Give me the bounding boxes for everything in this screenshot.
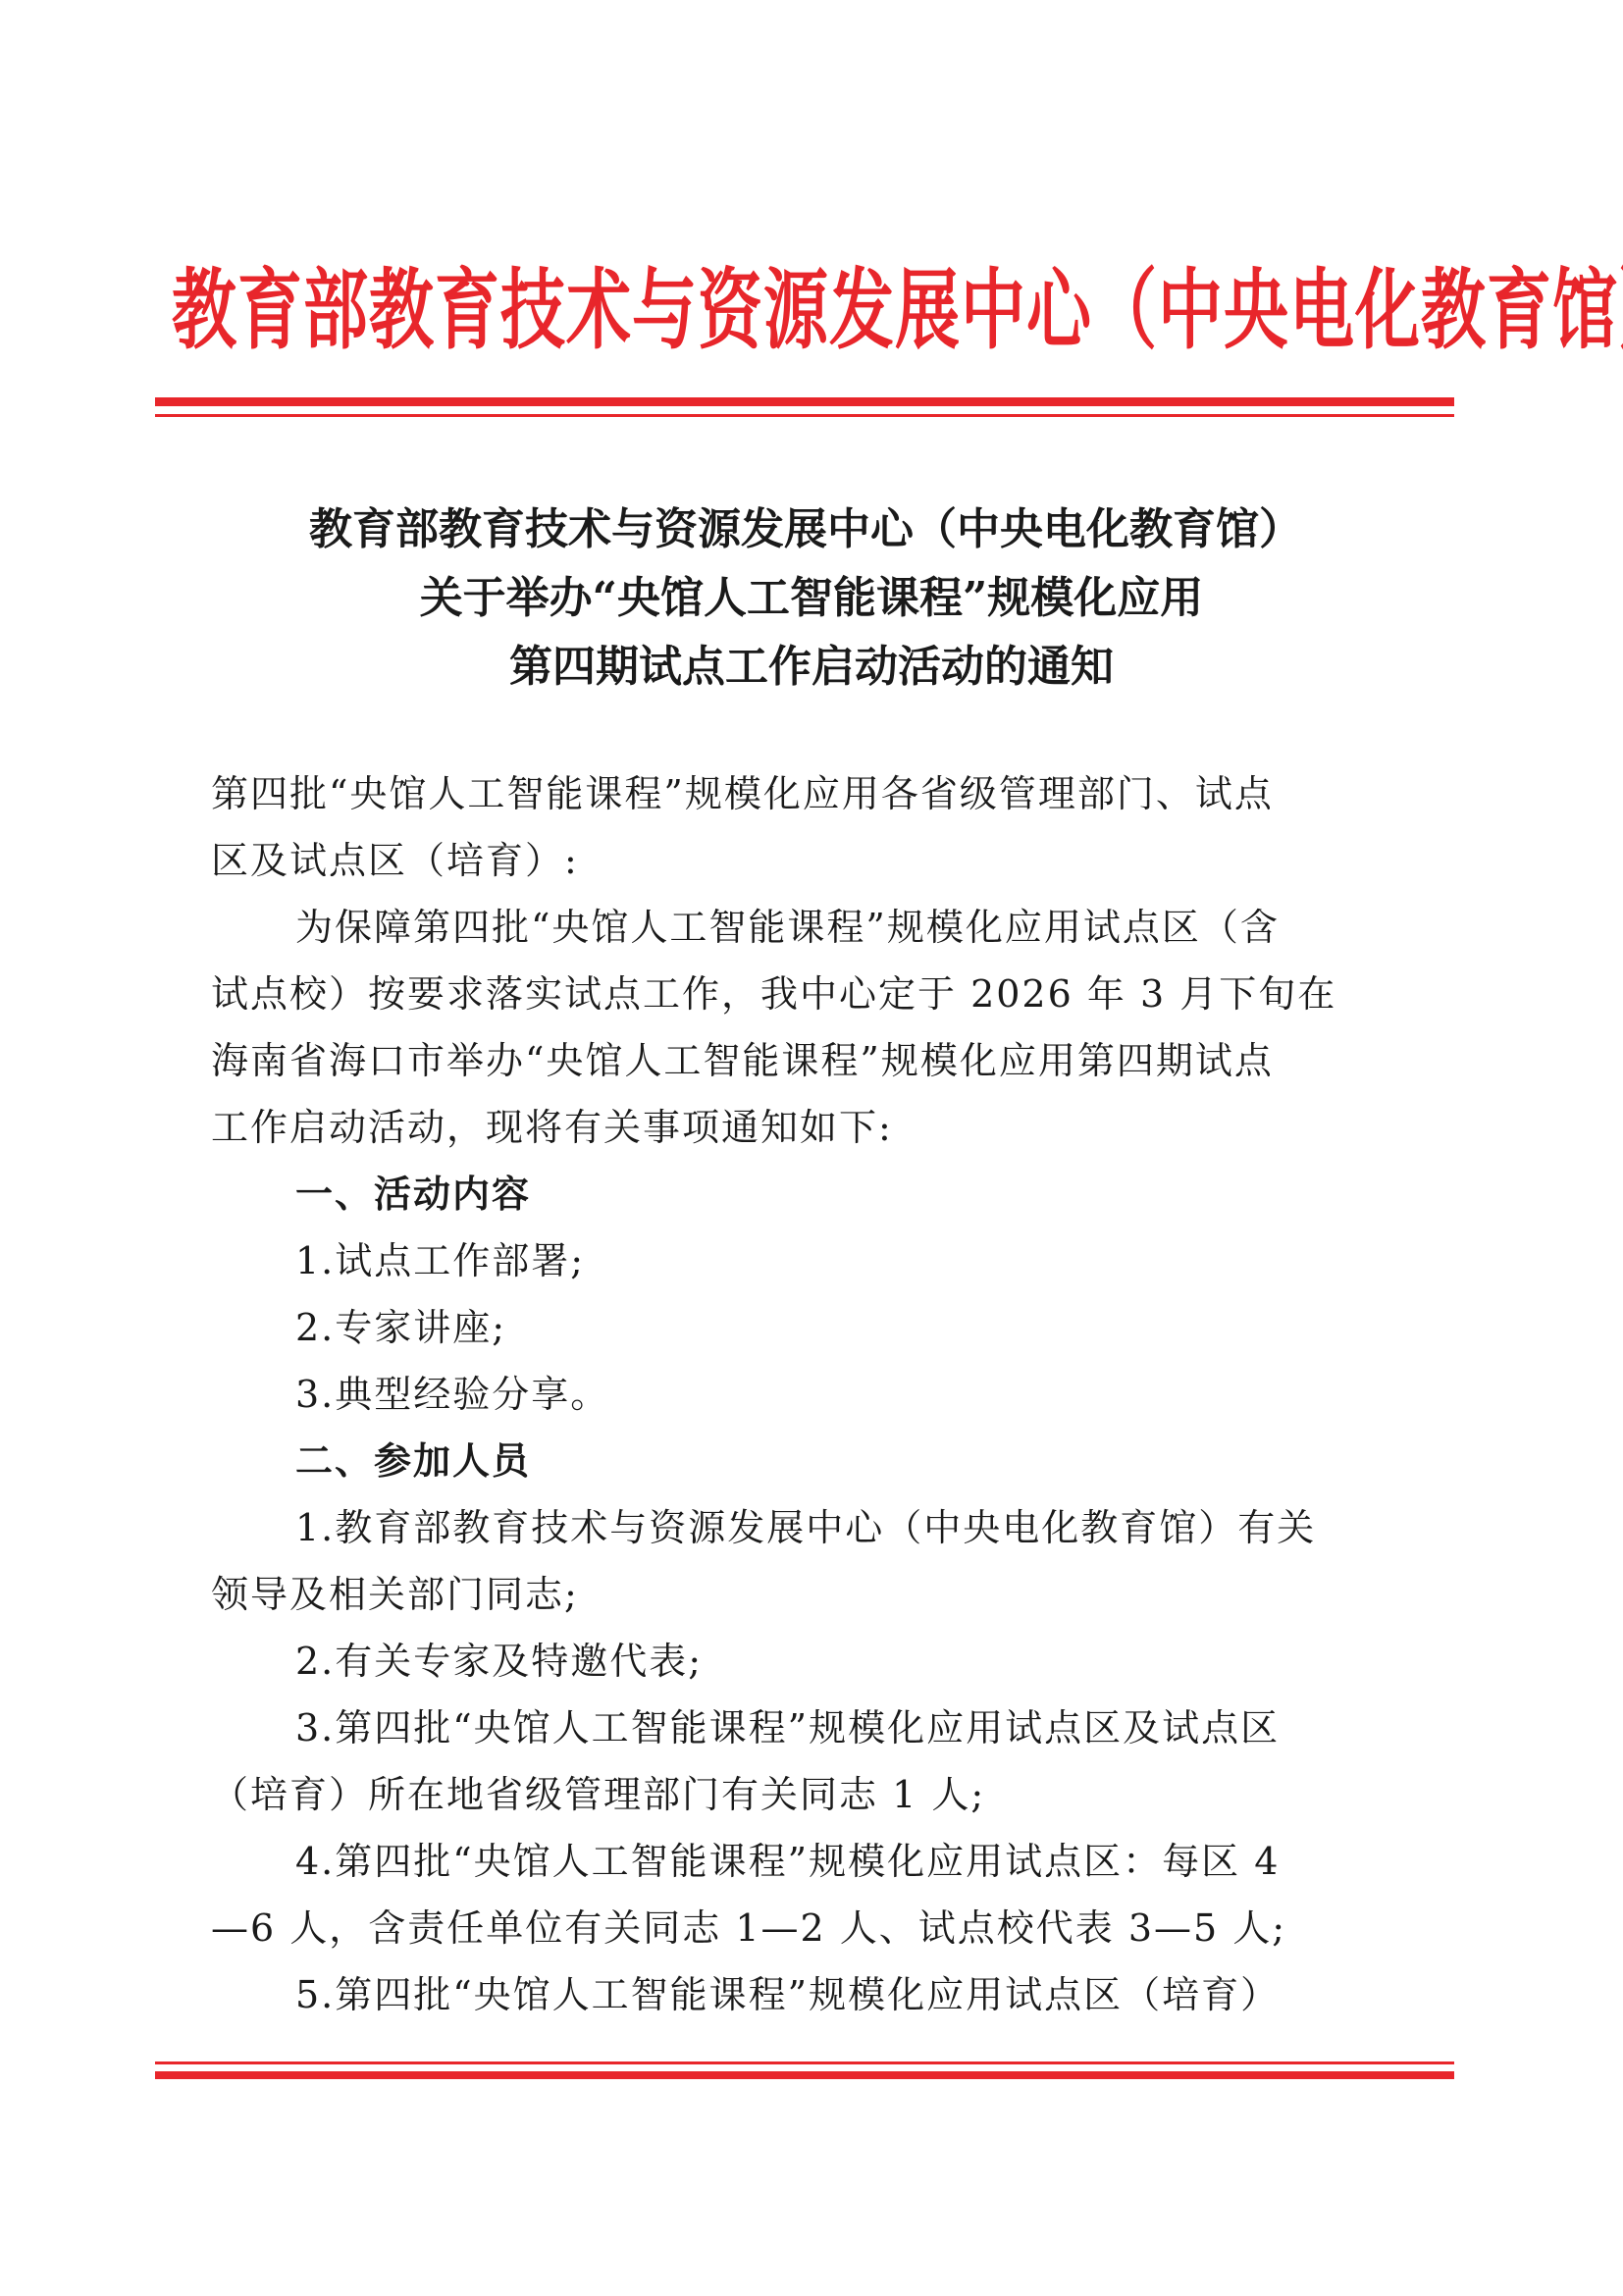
list-item: 1.试点工作部署;: [211, 1227, 1457, 1294]
intro-line-2: 试点校）按要求落实试点工作，我中心定于 2026 年 3 月下旬在: [211, 961, 1457, 1027]
title-line-1: 教育部教育技术与资源发展中心（中央电化教育馆）: [0, 496, 1617, 564]
notice-title: 教育部教育技术与资源发展中心（中央电化教育馆） 关于举办“央馆人工智能课程”规模…: [0, 496, 1623, 702]
title-line-2: 关于举办“央馆人工智能课程”规模化应用: [0, 564, 1623, 633]
list-item: 1.教育部教育技术与资源发展中心（中央电化教育馆）有关: [211, 1494, 1457, 1561]
intro-line-1: 为保障第四批“央馆人工智能课程”规模化应用试点区（含: [211, 894, 1457, 961]
list-item-continued: —6 人，含责任单位有关同志 1—2 人、试点校代表 3—5 人;: [211, 1895, 1457, 1961]
list-item: 5.第四批“央馆人工智能课程”规模化应用试点区（培育）: [211, 1961, 1457, 2028]
bottom-thin-rule: [155, 2061, 1454, 2064]
list-item: 2.有关专家及特邀代表;: [211, 1628, 1457, 1695]
bottom-thick-rule: [155, 2071, 1454, 2079]
title-line-3: 第四期试点工作启动活动的通知: [0, 633, 1623, 702]
letterhead-title: 教育部教育技术与资源发展中心（中央电化教育馆）函件: [172, 257, 1447, 403]
intro-line-4: 工作启动活动，现将有关事项通知如下:: [211, 1094, 1457, 1161]
list-item-continued: （培育）所在地省级管理部门有关同志 1 人;: [211, 1761, 1457, 1828]
list-item-continued: 领导及相关部门同志;: [211, 1561, 1457, 1628]
intro-line-3: 海南省海口市举办“央馆人工智能课程”规模化应用第四期试点: [211, 1027, 1457, 1094]
section-heading-activity-content: 一、活动内容: [211, 1161, 1457, 1227]
section-heading-participants: 二、参加人员: [211, 1428, 1457, 1494]
document-page: 教育部教育技术与资源发展中心（中央电化教育馆）函件 教育部教育技术与资源发展中心…: [0, 0, 1623, 2296]
list-item: 3.典型经验分享。: [211, 1361, 1457, 1428]
notice-body: 第四批“央馆人工智能课程”规模化应用各省级管理部门、试点 区及试点区（培育）: …: [211, 760, 1457, 2028]
top-thick-rule: [155, 397, 1454, 406]
salutation-line-2: 区及试点区（培育）:: [211, 827, 1457, 894]
list-item: 4.第四批“央馆人工智能课程”规模化应用试点区：每区 4: [211, 1828, 1457, 1895]
list-item: 2.专家讲座;: [211, 1294, 1457, 1361]
salutation-line-1: 第四批“央馆人工智能课程”规模化应用各省级管理部门、试点: [211, 760, 1457, 827]
list-item: 3.第四批“央馆人工智能课程”规模化应用试点区及试点区: [211, 1695, 1457, 1761]
top-thin-rule: [155, 414, 1454, 417]
